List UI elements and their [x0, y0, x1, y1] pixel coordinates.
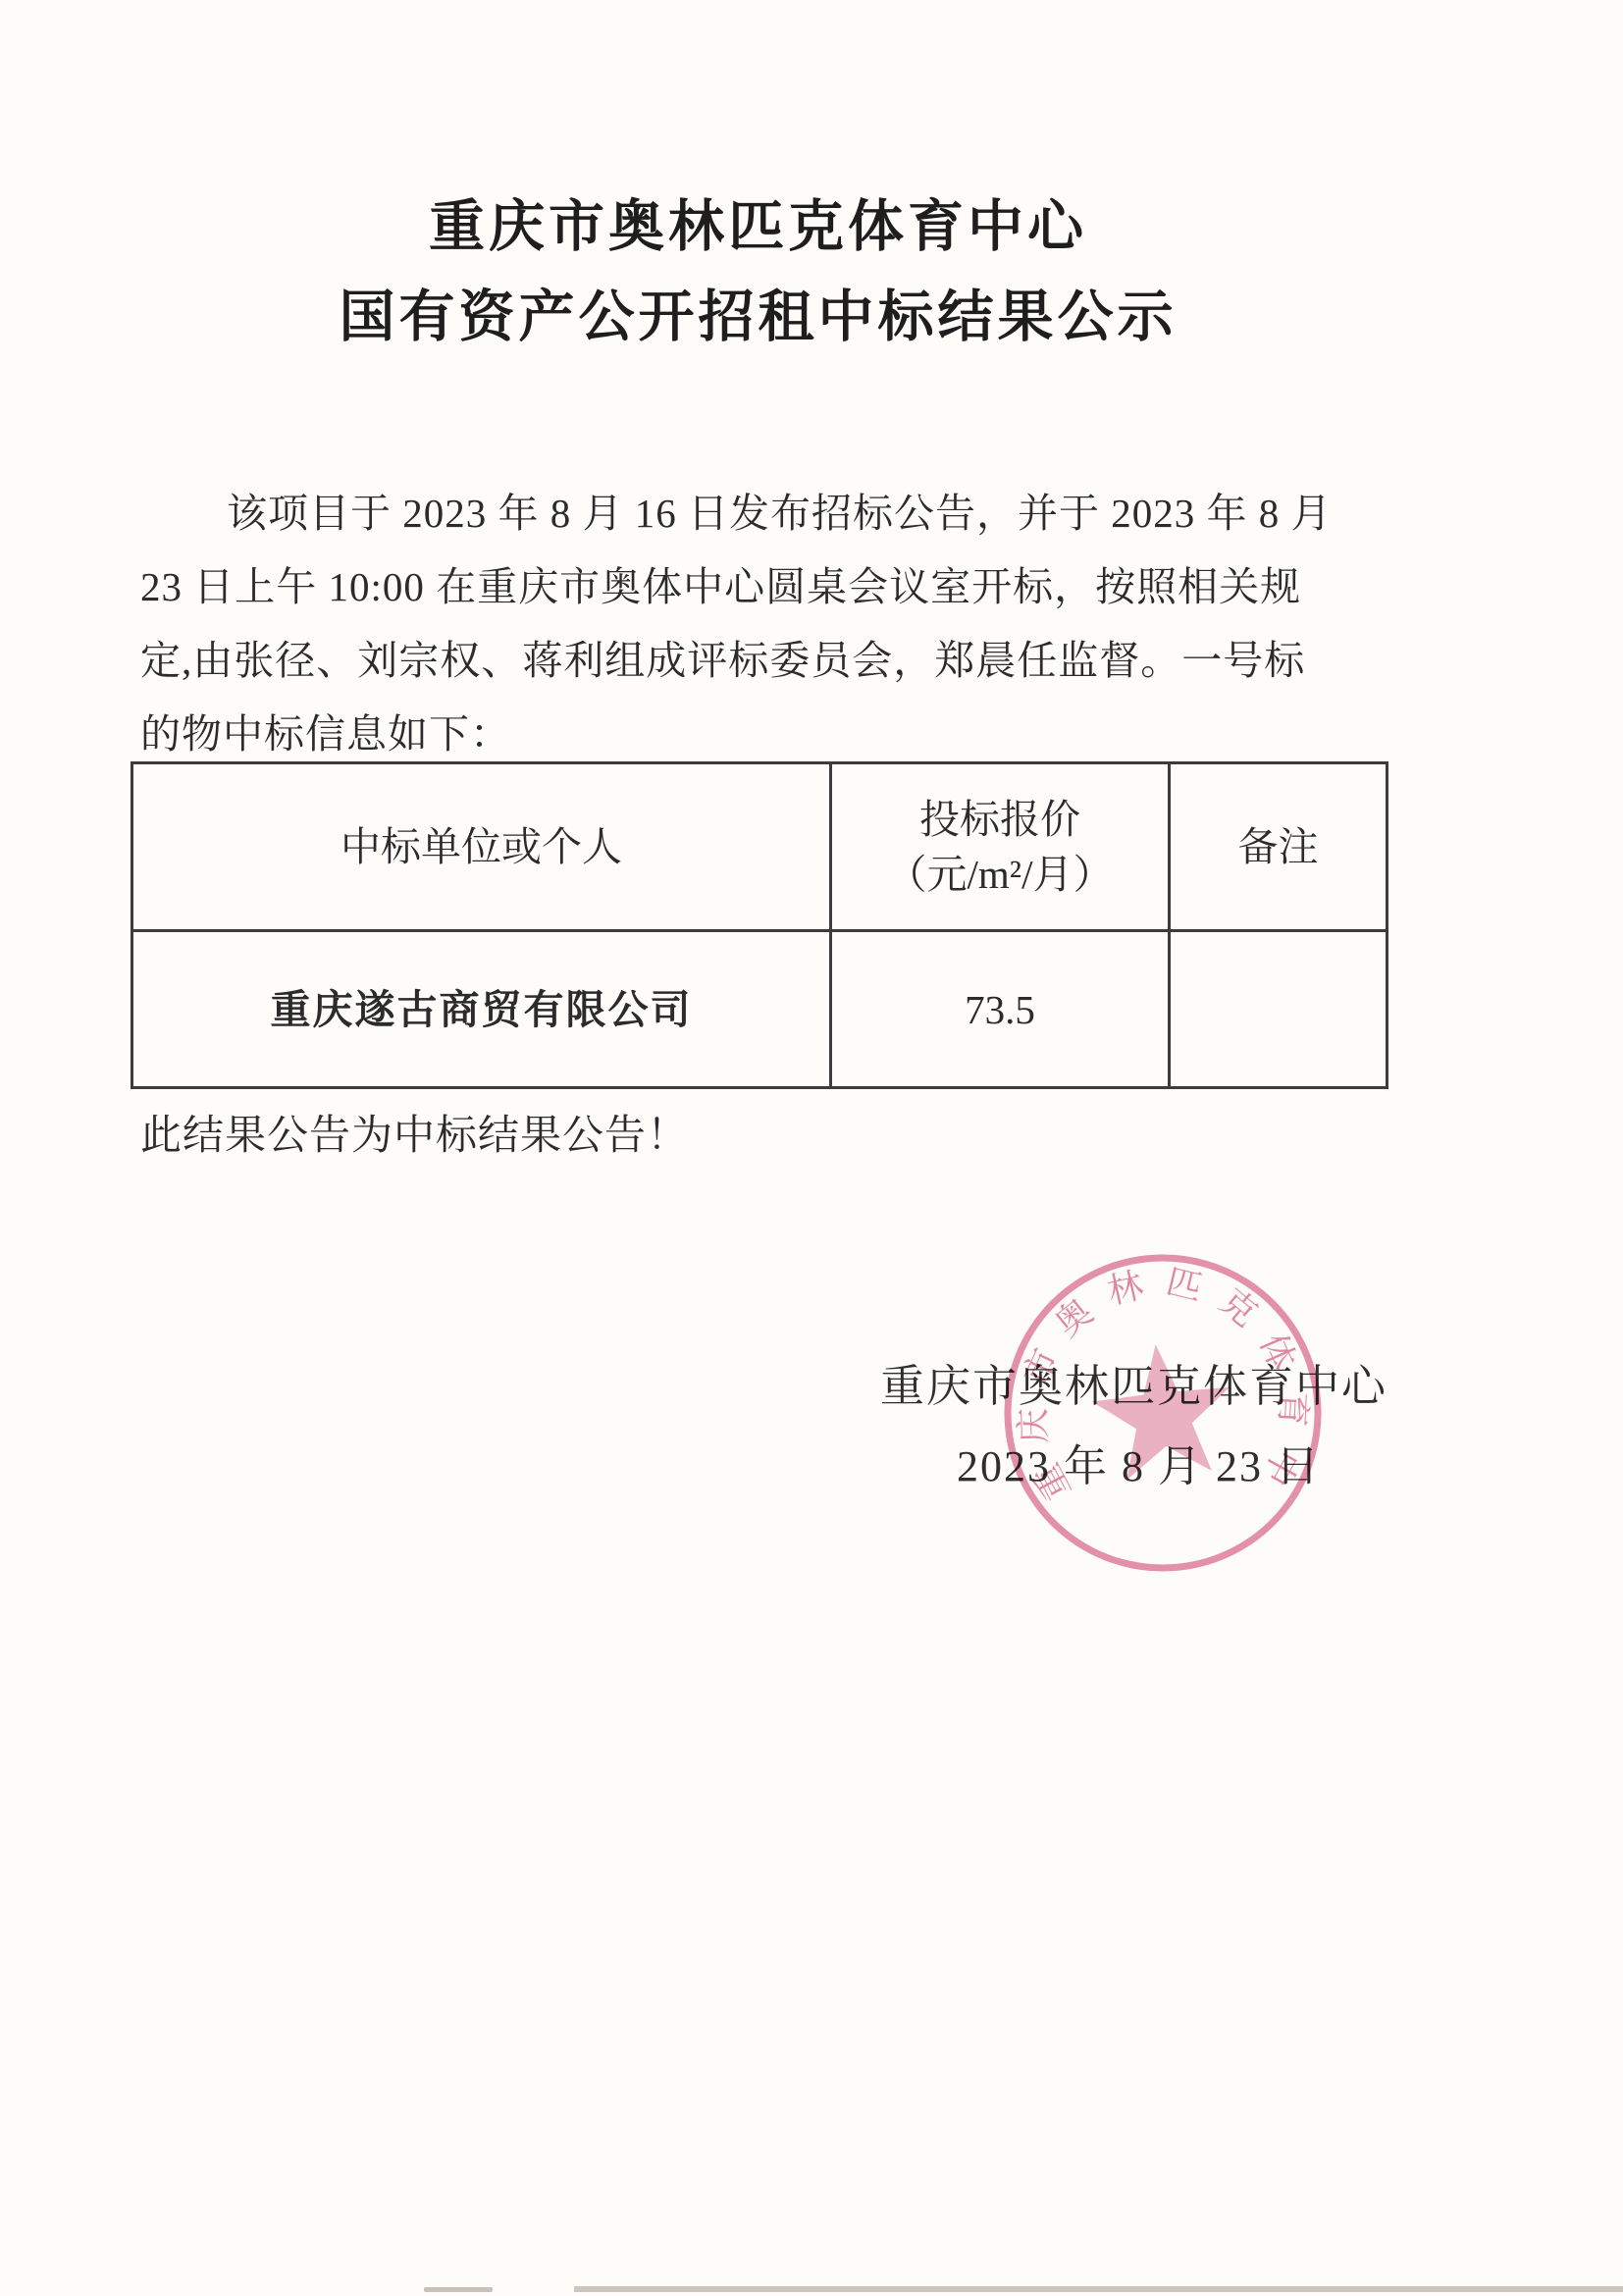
document-title: 重庆市奥林匹克体育中心 国有资产公开招租中标结果公示	[131, 183, 1386, 363]
paragraph-line: 23 日上午 10:00 在重庆市奥体中心圆桌会议室开标，按照相关规	[140, 550, 1391, 624]
body-paragraph: 该项目于 2023 年 8 月 16 日发布招标公告，并于 2023 年 8 月…	[140, 477, 1391, 771]
title-line-2: 国有资产公开招租中标结果公示	[131, 273, 1386, 363]
header-remark: 备注	[1170, 763, 1387, 931]
paragraph-line: 的物中标信息如下：	[140, 698, 1391, 771]
header-winner: 中标单位或个人	[132, 763, 831, 931]
table-header-row: 中标单位或个人 投标报价 （元/m²/月） 备注	[132, 763, 1387, 931]
title-line-1: 重庆市奥林匹克体育中心	[131, 183, 1386, 273]
bid-results-table: 中标单位或个人 投标报价 （元/m²/月） 备注 重庆遂古商贸有限公司 73.5	[131, 761, 1388, 1089]
paragraph-line: 定,由张径、刘宗权、蒋利组成评标委员会，郑晨任监督。一号标	[140, 624, 1391, 698]
official-seal-stamp: 重庆市奥林匹克体育中心	[977, 1227, 1348, 1598]
price-cell: 73.5	[831, 931, 1170, 1088]
header-price: 投标报价 （元/m²/月）	[831, 763, 1170, 931]
closing-note: 此结果公告为中标结果公告！	[140, 1107, 689, 1166]
table-row: 重庆遂古商贸有限公司 73.5	[132, 931, 1387, 1088]
star-icon	[1087, 1337, 1238, 1483]
scanned-announcement-page: 重庆市奥林匹克体育中心 国有资产公开招租中标结果公示 该项目于 2023 年 8…	[0, 0, 1623, 2296]
paragraph-line: 该项目于 2023 年 8 月 16 日发布招标公告，并于 2023 年 8 月	[140, 477, 1391, 550]
scan-edge-artifact	[424, 2287, 493, 2292]
winner-cell: 重庆遂古商贸有限公司	[132, 931, 831, 1088]
remark-cell	[1170, 931, 1387, 1088]
scan-edge-artifact	[574, 2286, 1623, 2292]
